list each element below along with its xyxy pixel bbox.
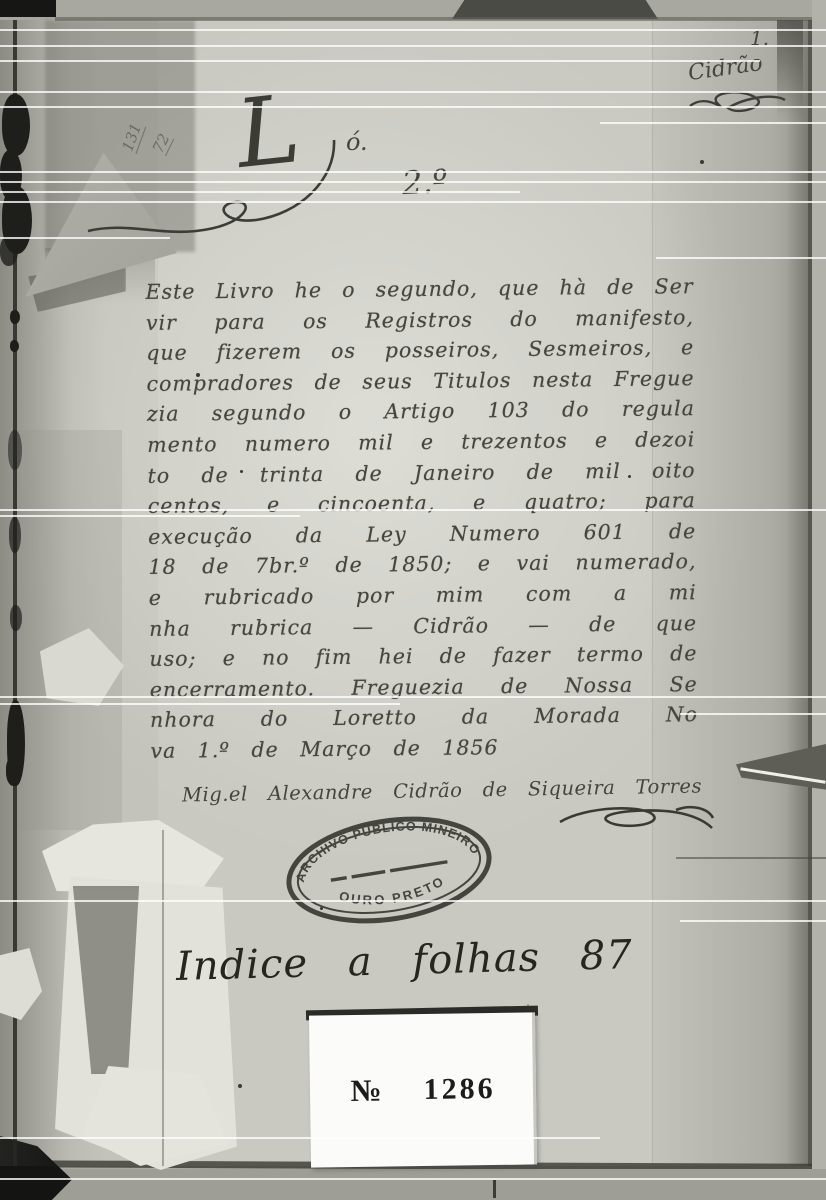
heading-superscript: ó.	[346, 128, 368, 156]
scratch-line	[0, 171, 826, 173]
ink-blotch	[6, 756, 22, 786]
stamp-divider	[331, 862, 448, 880]
scratch-line	[0, 237, 170, 239]
scratch-line	[656, 257, 826, 259]
scratch-line	[0, 1137, 600, 1139]
bottom-tick-mark	[493, 1180, 496, 1198]
scratch-line	[600, 122, 826, 124]
vertical-crease	[162, 830, 164, 1166]
scratch-line	[0, 515, 300, 517]
scratch-line	[680, 713, 826, 715]
scratch-line	[0, 509, 826, 511]
scratch-line	[0, 191, 520, 193]
paper-speck	[508, 966, 511, 969]
scratch-line	[0, 703, 400, 705]
scratch-line	[0, 1178, 826, 1180]
numero-symbol: №	[350, 1073, 382, 1109]
paper-speck	[238, 1084, 242, 1088]
ink-blotch	[10, 340, 19, 352]
catalog-label: № 1286	[309, 1012, 537, 1167]
scratch-line	[680, 920, 826, 922]
body-line: va 1.º de Março de 1856	[150, 730, 698, 766]
dark-scratch-line	[676, 857, 826, 859]
left-grey-column	[18, 430, 122, 830]
ink-blotch	[10, 310, 20, 324]
paper-speck	[196, 373, 200, 377]
manuscript-body: Este Livro he o segundo, que hà de Ser v…	[145, 271, 698, 766]
scratch-line	[0, 29, 826, 31]
paper-speck	[628, 475, 631, 478]
catalog-number: 1286	[423, 1072, 495, 1107]
body-line: e rubricado por mim com a mi	[149, 577, 697, 613]
scratch-line	[0, 45, 826, 47]
ink-blotch	[10, 605, 22, 631]
scanned-manuscript-page: 131 72 1. Cidrão L ó. 2.º Este Livro he …	[0, 0, 826, 1200]
signature-flourish	[556, 800, 716, 836]
scratch-line	[0, 60, 760, 62]
scratch-line	[0, 201, 826, 203]
heading-swash	[84, 132, 352, 244]
scratch-line	[0, 696, 826, 698]
scratch-line	[0, 106, 826, 108]
ink-blotch	[0, 236, 18, 266]
scratch-line	[0, 900, 826, 902]
ink-blotch	[8, 430, 22, 470]
scratch-line	[0, 181, 826, 183]
ink-blotch	[2, 94, 30, 156]
photo-bottom-strip	[0, 1169, 826, 1200]
photo-right-margin	[812, 0, 826, 1200]
ink-blotch	[9, 517, 21, 553]
top-left-black-edge	[0, 0, 56, 17]
scratch-line	[0, 91, 826, 93]
paper-speck	[700, 160, 704, 164]
paper-speck	[240, 470, 243, 473]
